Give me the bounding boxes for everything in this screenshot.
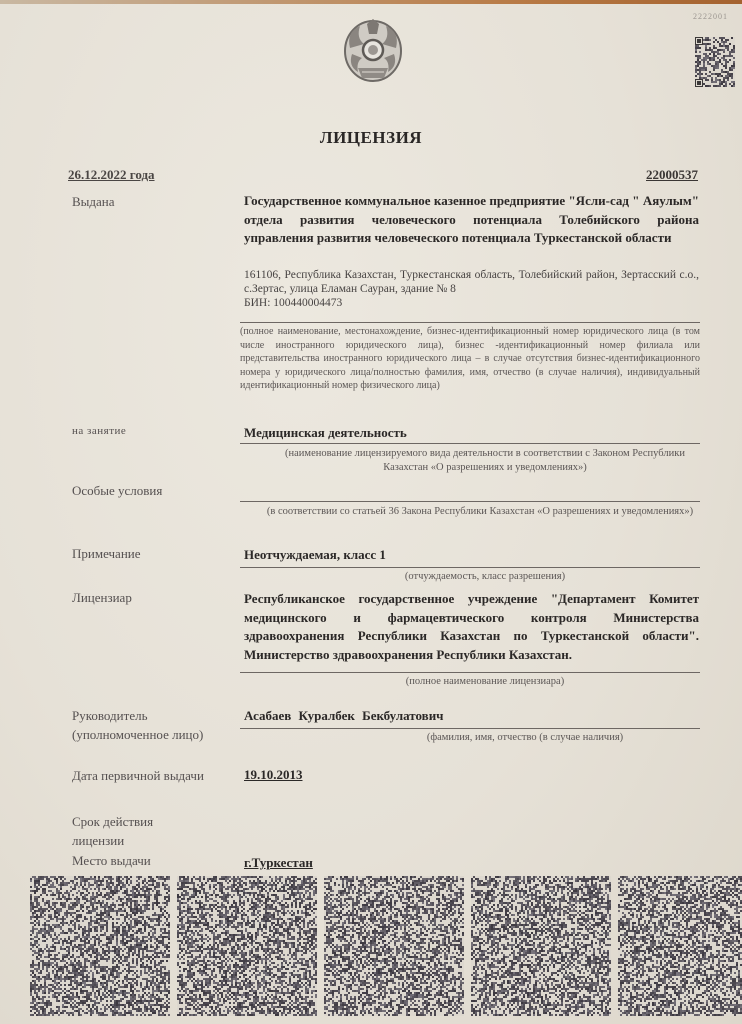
- issued-to-hint: (полное наименование, местонахождение, б…: [240, 325, 700, 393]
- document-serial: 2222001: [693, 12, 728, 21]
- note-value: Неотчуждаемая, класс 1: [244, 546, 699, 565]
- note-hint: (отчуждаемость, класс разрешения): [240, 570, 700, 584]
- qr-code-icon: [177, 876, 317, 1016]
- activity-label: на занятие: [72, 422, 126, 441]
- qr-codes-row: [30, 876, 742, 1022]
- validity-label-line1: Срок действия: [72, 814, 153, 829]
- document-title: ЛИЦЕНЗИЯ: [0, 128, 742, 148]
- head-label: Руководитель (уполномоченное лицо): [72, 706, 203, 744]
- first-issue-date-label: Дата первичной выдачи: [72, 766, 204, 785]
- address-text: 161106, Республика Казахстан, Туркестанс…: [244, 269, 699, 295]
- head-value: Асабаев Куралбек Бекбулатович: [244, 707, 699, 726]
- validity-label: Срок действия лицензии: [72, 812, 153, 850]
- issued-to-label: Выдана: [72, 192, 115, 211]
- issue-date: 26.12.2022 года: [68, 167, 155, 183]
- license-number: 22000537: [646, 167, 698, 183]
- divider: [240, 567, 700, 568]
- note-label: Примечание: [72, 544, 141, 563]
- licensor-label: Лицензиар: [72, 588, 132, 607]
- validity-label-line2: лицензии: [72, 833, 124, 848]
- activity-hint: (наименование лицензируемого вида деятел…: [240, 447, 700, 474]
- divider: [240, 501, 700, 502]
- kazakhstan-state-emblem-icon: [342, 18, 404, 84]
- divider: [240, 672, 700, 673]
- divider: [240, 728, 700, 729]
- qr-code-icon: [30, 876, 170, 1016]
- issued-to-address: 161106, Республика Казахстан, Туркестанс…: [244, 268, 699, 310]
- special-conditions-label: Особые условия: [72, 481, 162, 500]
- qr-code-icon: [695, 37, 735, 87]
- divider: [240, 322, 700, 323]
- license-page: 2222001 ЛИЦЕНЗИЯ 26.12.2022 года 2200053…: [0, 4, 742, 1024]
- qr-code-icon: [324, 876, 464, 1016]
- place-of-issue-value: г.Туркестан: [244, 854, 313, 873]
- qr-code-icon: [471, 876, 611, 1016]
- divider: [240, 443, 700, 444]
- bin-text: БИН: 100440004473: [244, 297, 342, 309]
- place-of-issue-label: Место выдачи: [72, 851, 151, 870]
- licensor-value: Республиканское государственное учрежден…: [244, 590, 699, 664]
- activity-value: Медицинская деятельность: [244, 424, 699, 443]
- issued-to-value: Государственное коммунальное казенное пр…: [244, 192, 699, 248]
- special-conditions-hint: (в соответствии со статьей 36 Закона Рес…: [240, 505, 700, 519]
- qr-code-icon: [618, 876, 742, 1016]
- licensor-hint: (полное наименование лицензиара): [240, 675, 700, 689]
- head-label-line1: Руководитель: [72, 708, 148, 723]
- first-issue-date-value: 19.10.2013: [244, 766, 303, 785]
- head-hint: (фамилия, имя, отчество (в случае наличи…: [240, 731, 700, 745]
- head-label-line2: (уполномоченное лицо): [72, 727, 203, 742]
